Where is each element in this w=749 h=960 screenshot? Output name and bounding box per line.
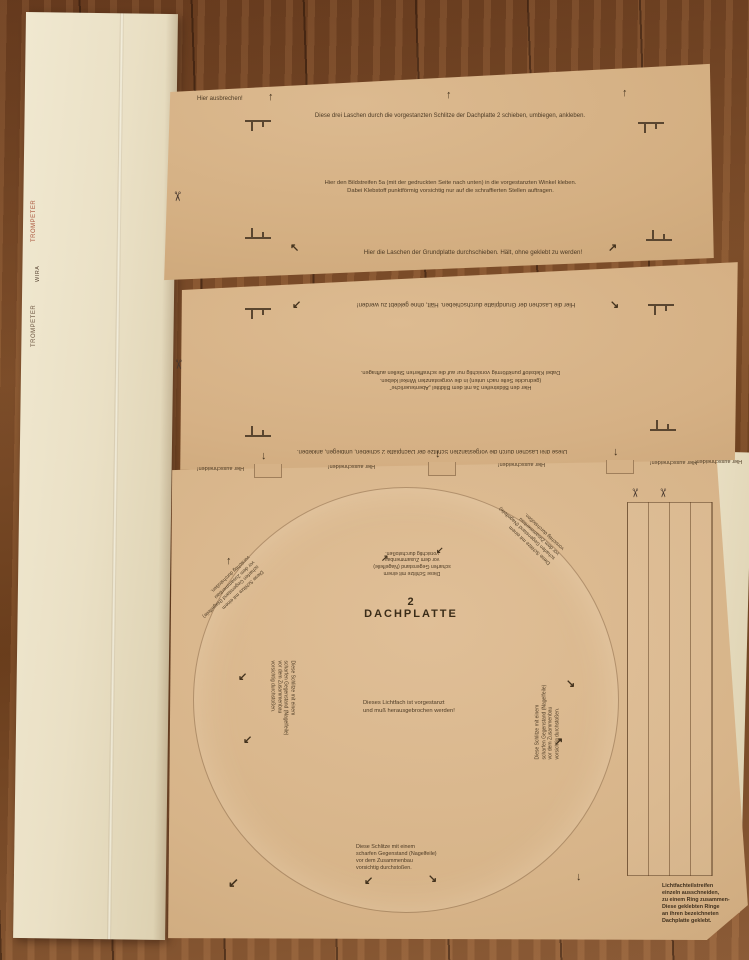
label-break-out: Hier ausbrechen! xyxy=(197,96,243,104)
instruction-slits-top-center: Diese Schlitze mit einem scharfen Gegens… xyxy=(360,549,464,576)
brand-stamp-middle: WIRA xyxy=(35,266,41,282)
arrow-up-right-icon: ↗ xyxy=(381,554,389,563)
light-box-strip-panel xyxy=(627,502,713,876)
slot-mark-icon xyxy=(245,120,271,133)
scissors-icon: ✂ xyxy=(629,488,641,498)
instruction-ring-note: Lichtfachteilstreifen einzeln ausschneid… xyxy=(662,883,746,935)
arrow-down-icon: ↓ xyxy=(613,447,619,458)
arrow-down-right-icon: ↘ xyxy=(610,300,619,311)
arrow-up-right-icon: ↗ xyxy=(608,243,617,254)
label-cut-here: Hier ausschneiden! xyxy=(328,462,375,469)
slot-mark-icon xyxy=(245,424,271,437)
die-cut-tab xyxy=(254,464,282,478)
label-cut-here: Hier ausschneiden! xyxy=(197,464,244,471)
slot-mark-icon xyxy=(245,226,271,239)
arrow-up-right-icon: ↗ xyxy=(554,737,563,748)
scissors-icon: ✂ xyxy=(657,488,669,498)
photo-scene: TROMPETER WIRA TROMPETER Hier ausbrechen… xyxy=(0,0,749,960)
slot-mark-icon xyxy=(648,304,674,317)
instruction-picture-strip: Hier den Bildstreifen 5a (mit der gedruc… xyxy=(298,180,603,195)
arrow-down-left-icon: ↙ xyxy=(436,546,444,555)
arrow-down-left-icon: ↙ xyxy=(243,735,252,746)
arrow-up-icon: ↑ xyxy=(446,90,452,101)
die-cut-tab xyxy=(606,460,634,474)
instruction-slits-left: Diese Schlitze mit einem scharfen Gegens… xyxy=(270,661,296,746)
brand-stamp-top: TROMPETER xyxy=(31,200,37,242)
label-cut-here: Hier ausschneiden! xyxy=(650,458,697,465)
arrow-up-left-icon: ↖ xyxy=(290,243,299,254)
instruction-slits-bottom: Diese Schlitze mit einem scharfen Gegens… xyxy=(356,844,481,872)
slot-mark-icon xyxy=(245,308,271,321)
instruction-tabs-flipped: Diese drei Laschen durch die vorgestanzt… xyxy=(252,446,612,454)
side-strip-sheet xyxy=(13,12,178,940)
scissors-icon: ✂ xyxy=(171,191,184,202)
arrow-down-left-icon: ↙ xyxy=(228,876,239,889)
arrow-down-right-icon: ↘ xyxy=(428,874,437,885)
sheet-middle xyxy=(174,258,740,474)
arrow-down-right-icon: ↘ xyxy=(566,679,575,690)
label-cut-here: Hier ausschneiden! xyxy=(695,457,742,464)
slot-mark-icon xyxy=(646,228,672,241)
slot-mark-icon xyxy=(650,418,676,431)
arrow-down-icon: ↓ xyxy=(261,451,267,462)
arrow-down-left-icon: ↙ xyxy=(238,672,247,683)
instruction-light-box: Dieses Lichtfach ist vorgestanzt und muß… xyxy=(363,700,513,715)
arrow-down-left-icon: ↙ xyxy=(364,876,373,887)
arrow-up-icon: ↑ xyxy=(268,92,274,103)
fold-crease xyxy=(107,13,124,939)
instruction-base-plate-flipped: Hier die Laschen der Grundplatte durchsc… xyxy=(330,300,602,308)
label-cut-here: Hier ausschneiden! xyxy=(498,460,545,467)
instruction-picture-strip-flipped: Hier den Bildstreifen 3a mit dem Bildtit… xyxy=(318,368,603,390)
instruction-base-plate: Hier die Laschen der Grundplatte durchsc… xyxy=(337,249,609,257)
arrow-down-left-icon: ↙ xyxy=(292,300,301,311)
brand-stamp-bottom: TROMPETER xyxy=(31,305,37,347)
arrow-down-icon: ↓ xyxy=(435,449,441,460)
arrow-down-icon: ↓ xyxy=(576,872,582,883)
instruction-tabs: Diese drei Laschen durch die vorgestanzt… xyxy=(285,113,615,121)
die-cut-tab xyxy=(428,462,456,476)
arrow-up-icon: ↑ xyxy=(226,556,232,567)
part-name: DACHPLATTE xyxy=(356,607,466,621)
slot-mark-icon xyxy=(638,122,664,135)
arrow-up-icon: ↑ xyxy=(622,88,628,99)
scissors-icon: ✂ xyxy=(172,359,185,370)
